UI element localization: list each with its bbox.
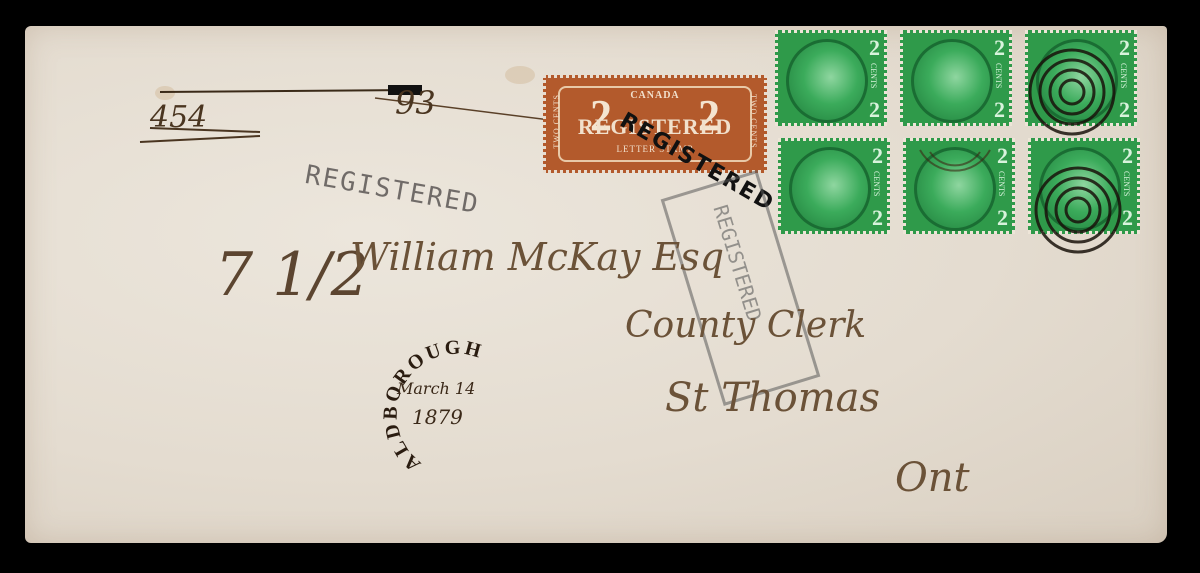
stamp-side-right: TWO CENTS bbox=[749, 94, 758, 149]
stamp-value: 2 bbox=[994, 35, 1005, 61]
stamp-value: 2 bbox=[997, 205, 1008, 231]
stamp-country: CANADA bbox=[546, 90, 764, 101]
stamp-cents: CENTS bbox=[994, 63, 1003, 88]
stamp-side-left: TWO CENTS bbox=[552, 94, 561, 149]
crossed-number-454: 454 bbox=[150, 100, 207, 135]
stamp-value: 2 bbox=[869, 97, 880, 123]
manuscript-rate: 7 1/2 bbox=[215, 240, 369, 310]
stamp-cents: CENTS bbox=[872, 171, 881, 196]
address-line-1: William McKay Esq bbox=[350, 235, 724, 279]
address-line-4: Ont bbox=[895, 455, 970, 501]
postage-stamp: 2 2 CENTS bbox=[775, 30, 887, 126]
partial-cancel bbox=[900, 90, 1010, 200]
postage-stamp: 2 2 CENTS bbox=[778, 138, 890, 234]
stamp-value: 2 bbox=[872, 143, 883, 169]
address-line-3: St Thomas bbox=[665, 375, 880, 421]
queen-portrait bbox=[786, 39, 868, 123]
queen-portrait bbox=[789, 147, 871, 231]
postmark-date: March 14 bbox=[397, 379, 475, 398]
postmark: ALDBOROUGH March 14 1879 bbox=[352, 335, 512, 475]
crossed-number-93: 93 bbox=[395, 84, 436, 122]
stamp-value: 2 bbox=[869, 35, 880, 61]
stamp-value: 2 bbox=[872, 205, 883, 231]
target-cancels bbox=[1020, 40, 1130, 260]
postmark-year: 1879 bbox=[412, 405, 463, 429]
stamp-cents: CENTS bbox=[869, 63, 878, 88]
address-line-2: County Clerk bbox=[625, 305, 866, 346]
